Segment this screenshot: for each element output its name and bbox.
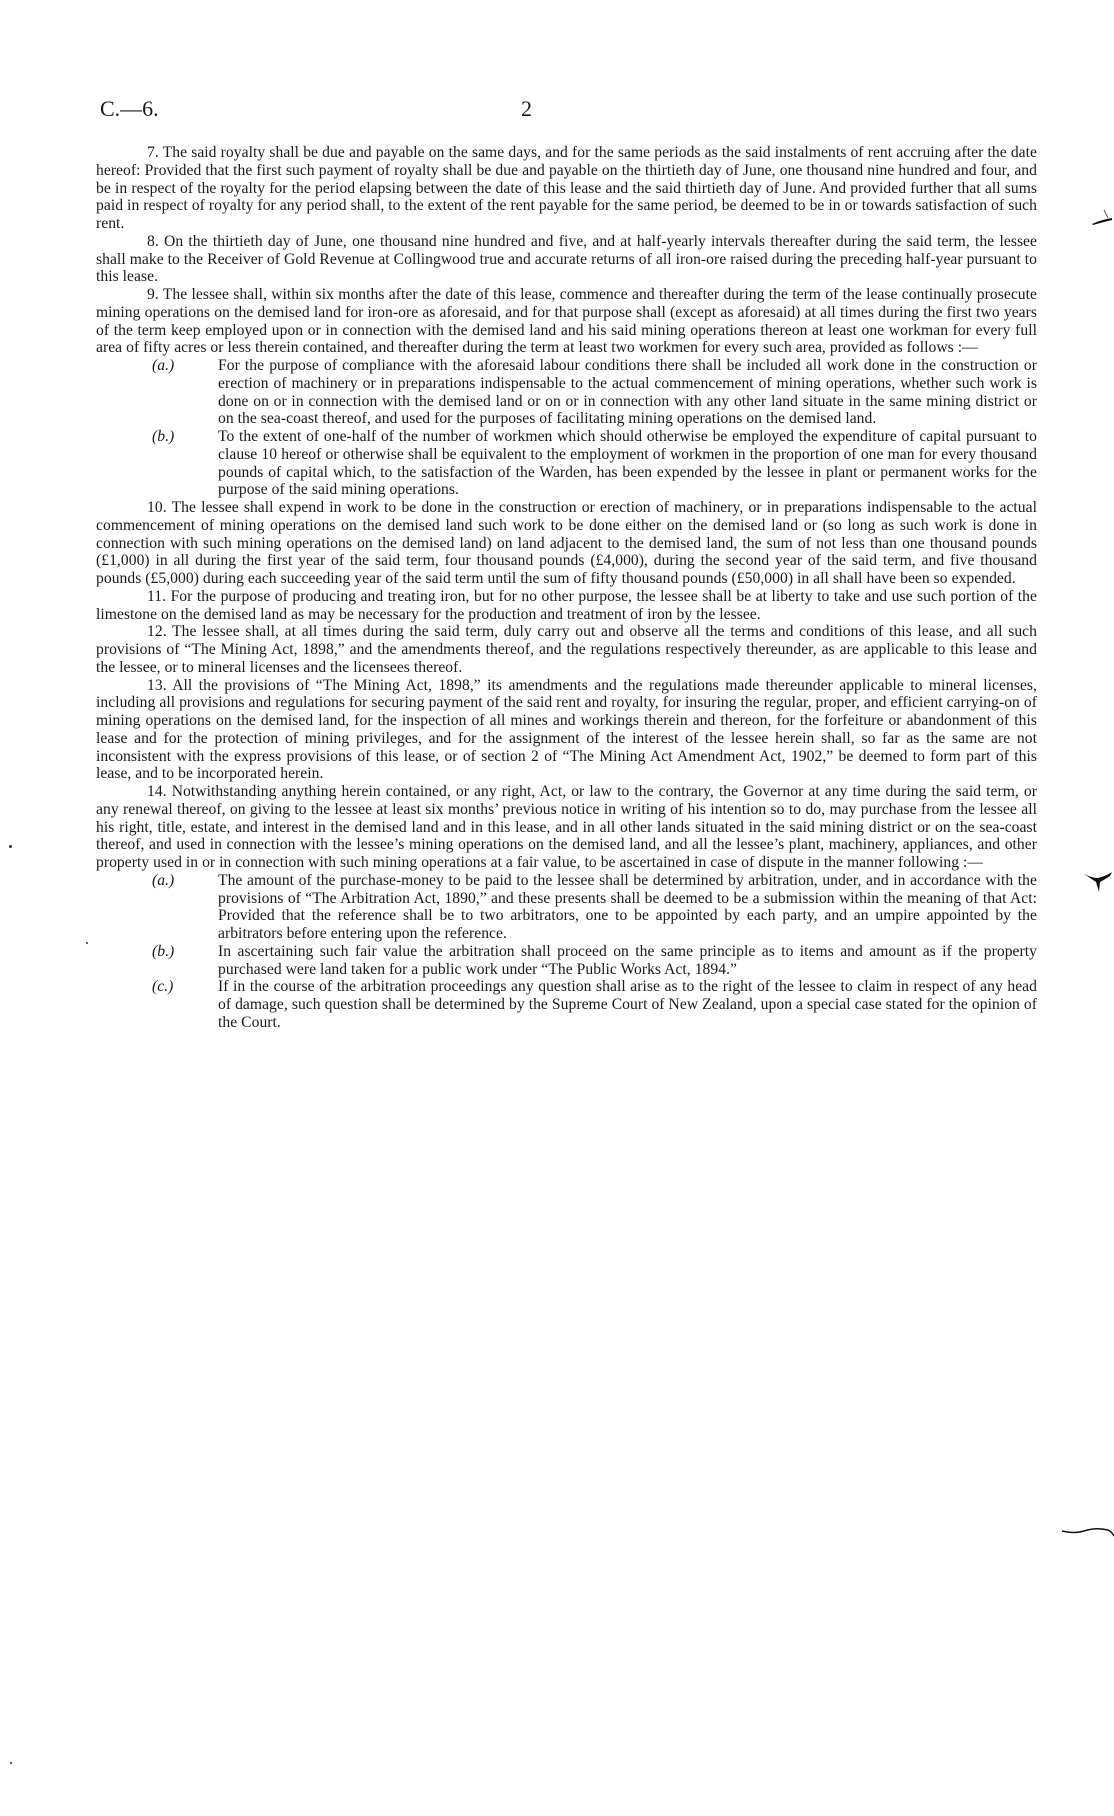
scan-speck <box>10 1762 12 1764</box>
clause-text: For the purpose of producing and treatin… <box>96 588 1037 623</box>
clause-number: 9. <box>147 286 159 303</box>
clause-number: 10. <box>147 499 167 516</box>
clause-11: 11. For the purpose of producing and tre… <box>96 588 1037 624</box>
subclause-label: (c.) <box>152 978 173 995</box>
subclause-label: (b.) <box>152 943 174 960</box>
clause-text: The said royalty shall be due and payabl… <box>96 144 1037 232</box>
clause-13: 13. All the provisions of “The Mining Ac… <box>96 677 1037 784</box>
margin-mark-arrowhead-icon <box>1082 870 1114 894</box>
subclause-text: The amount of the purchase-money to be p… <box>218 872 1037 942</box>
clause-12: 12. The lessee shall, at all times durin… <box>96 623 1037 676</box>
clause-9: 9. The lessee shall, within six months a… <box>96 286 1037 357</box>
clause-text: All the provisions of “The Mining Act, 1… <box>96 677 1037 783</box>
clause-number: 14. <box>147 783 167 800</box>
clause-8: 8. On the thirtieth day of June, one tho… <box>96 233 1037 286</box>
clause-text: The lessee shall expend in work to be do… <box>96 499 1037 587</box>
subclause-text: If in the course of the arbitration proc… <box>218 978 1037 1031</box>
page-header: C.—6. 2 <box>96 96 1037 120</box>
clause-14-subclause-b: (b.)In ascertaining such fair value the … <box>218 943 1037 979</box>
margin-mark-curve-icon <box>1062 1526 1114 1542</box>
document-body: 7. The said royalty shall be due and pay… <box>96 144 1037 1032</box>
margin-mark-dash-icon <box>1090 208 1114 232</box>
page-number: 2 <box>521 96 532 122</box>
subclause-text: In ascertaining such fair value the arbi… <box>218 943 1037 978</box>
clause-14-subclause-a: (a.)The amount of the purchase-money to … <box>218 872 1037 943</box>
clause-number: 11. <box>147 588 166 605</box>
clause-9-subclause-a: (a.)For the purpose of compliance with t… <box>218 357 1037 428</box>
clause-number: 13. <box>147 677 167 694</box>
clause-text: On the thirtieth day of June, one thousa… <box>96 233 1037 286</box>
subclause-label: (b.) <box>152 428 174 445</box>
clause-number: 8. <box>147 233 159 250</box>
clause-14-subclause-c: (c.)If in the course of the arbitration … <box>218 978 1037 1031</box>
subclause-label: (a.) <box>152 872 174 889</box>
clause-text: Notwithstanding anything herein containe… <box>96 783 1037 871</box>
clause-number: 7. <box>147 144 159 161</box>
subclause-text: For the purpose of compliance with the a… <box>218 357 1037 427</box>
clause-number: 12. <box>147 623 167 640</box>
clause-7: 7. The said royalty shall be due and pay… <box>96 144 1037 233</box>
clause-text: The lessee shall, within six months afte… <box>96 286 1037 356</box>
clause-9-subclause-b: (b.)To the extent of one-half of the num… <box>218 428 1037 499</box>
subclause-text: To the extent of one-half of the number … <box>218 428 1037 498</box>
subclause-label: (a.) <box>152 357 174 374</box>
clause-14: 14. Notwithstanding anything herein cont… <box>96 783 1037 872</box>
clause-10: 10. The lessee shall expend in work to b… <box>96 499 1037 588</box>
clause-text: The lessee shall, at all times during th… <box>96 623 1037 676</box>
scan-speck <box>86 942 88 944</box>
document-reference: C.—6. <box>100 96 159 122</box>
scan-speck <box>9 845 12 848</box>
